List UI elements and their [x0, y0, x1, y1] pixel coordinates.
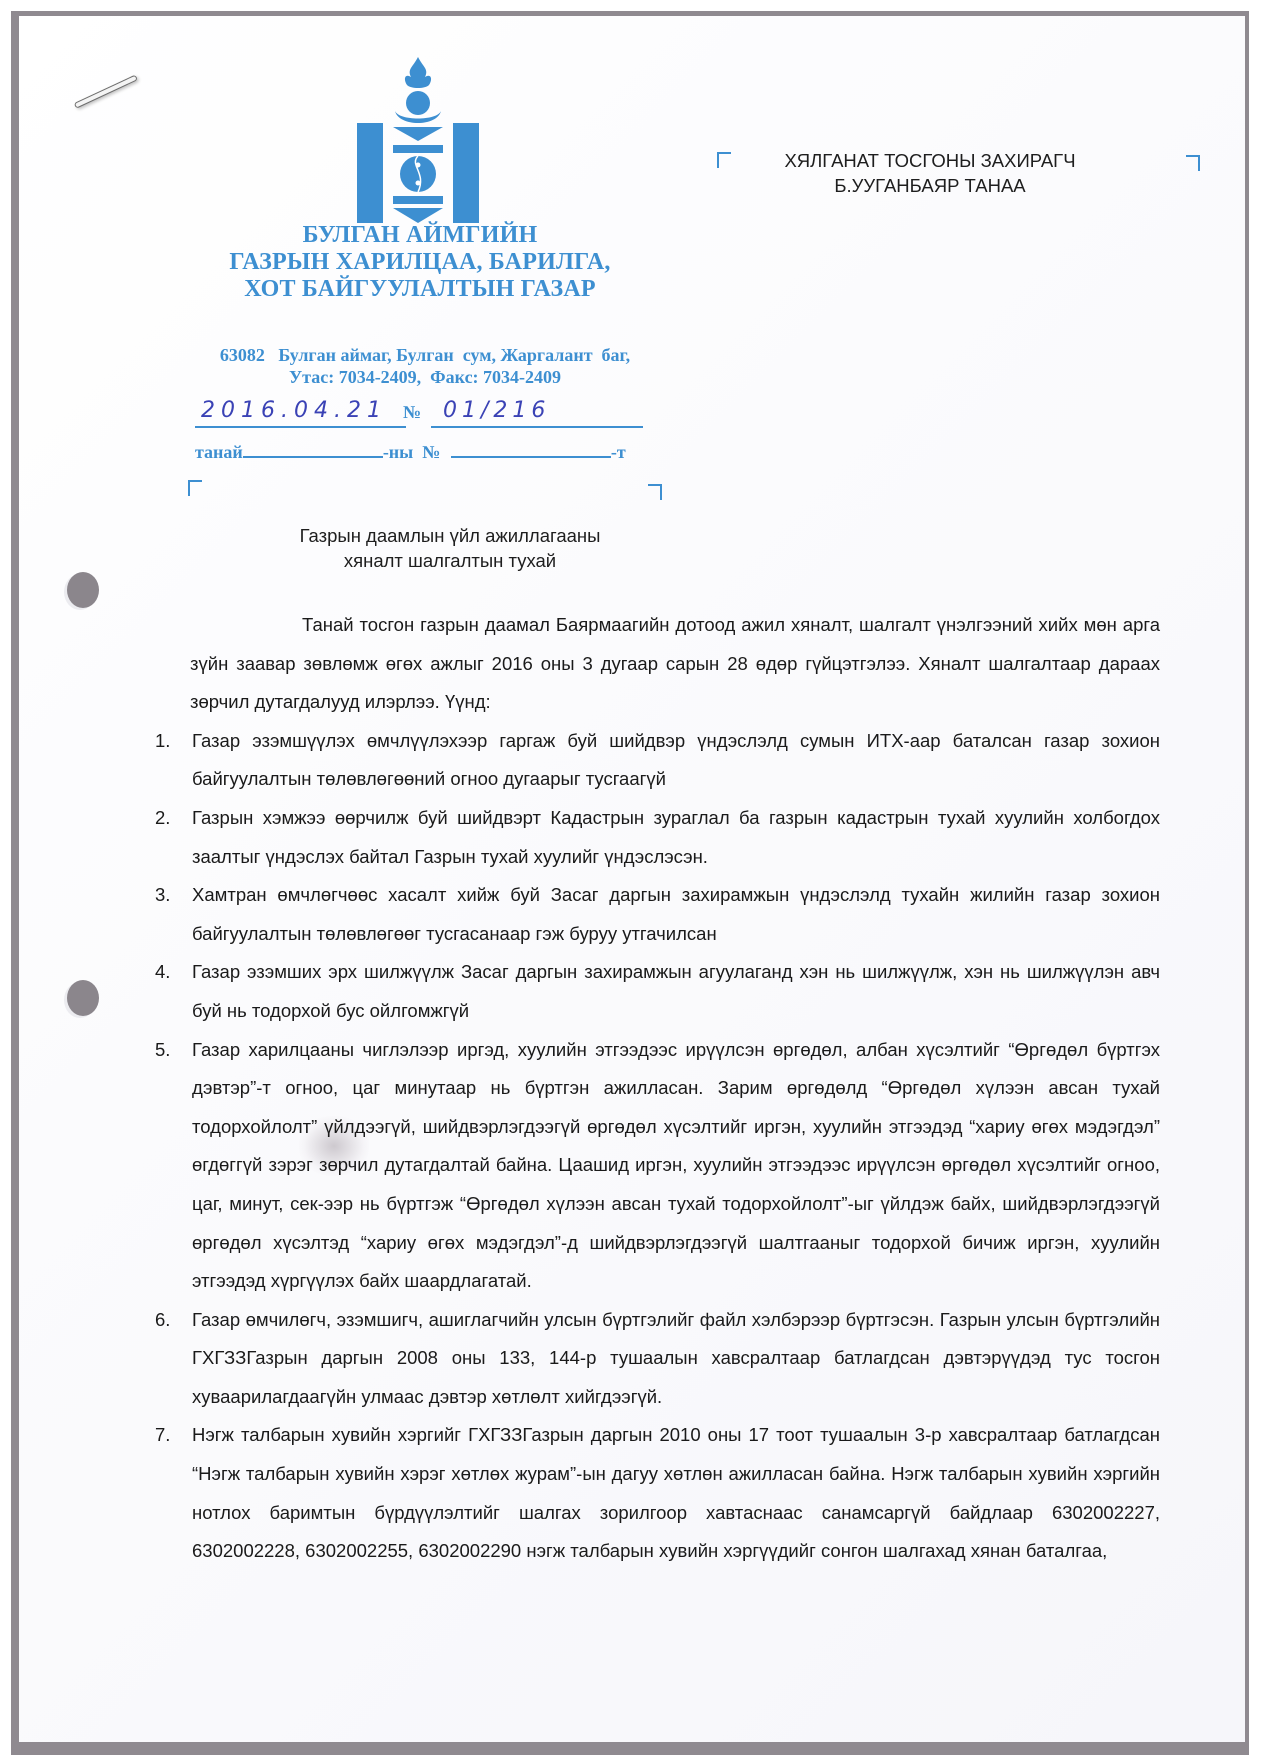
finding-text: Газрын хэмжээ өөрчилж буй шийдвэрт Кадас… — [192, 807, 1160, 867]
intro-paragraph: Танай тосгон газрын даамал Баярмаагийн д… — [155, 606, 1160, 722]
finding-number: 2. — [155, 799, 170, 838]
address-field-corner-icon — [648, 484, 662, 500]
address-field-corner-icon — [188, 480, 202, 496]
your-ref-date-blank — [243, 440, 383, 458]
punch-hole — [67, 572, 99, 608]
soyombo-emblem-icon — [353, 55, 483, 225]
finding-number: 1. — [155, 722, 170, 761]
finding-item: 6.Газар өмчилөгч, эзэмшигч, ашиглагчийн … — [155, 1301, 1160, 1417]
finding-text: Газар эзэмших эрх шилжүүлж Засаг даргын … — [192, 961, 1160, 1021]
letter-body: Танай тосгон газрын даамал Баярмаагийн д… — [155, 606, 1160, 1571]
finding-item: 2.Газрын хэмжээ өөрчилж буй шийдвэрт Кад… — [155, 799, 1160, 876]
addressee-name: Б.УУГАНБАЯР ТАНАА — [740, 173, 1120, 198]
addressee-corner-icon — [717, 152, 731, 168]
reference-date: 2016.04.21 — [195, 398, 406, 428]
subject-line: хяналт шалгалтын тухай — [230, 548, 670, 573]
finding-number: 4. — [155, 953, 170, 992]
finding-number: 6. — [155, 1301, 170, 1340]
staple-mark — [74, 75, 138, 109]
addressee-corner-icon — [1186, 155, 1200, 171]
organization-address: 63082 Булган аймаг, Булган сум, Жаргалан… — [170, 344, 680, 388]
organization-name: БУЛГАН АЙМГИЙН ГАЗРЫН ХАРИЛЦАА, БАРИЛГА,… — [180, 222, 660, 303]
finding-item: 3.Хамтран өмчлөгчөөс хасалт хийж буй Зас… — [155, 876, 1160, 953]
finding-text: Газар эзэмшүүлэх өмчлүүлэхээр гаргаж буй… — [192, 730, 1160, 790]
organization-line: ГАЗРЫН ХАРИЛЦАА, БАРИЛГА, — [180, 249, 660, 276]
reference-number: 01/216 — [431, 398, 643, 428]
finding-item: 7.Нэгж талбарын хувийн хэргийг ГХГЗЗГазр… — [155, 1416, 1160, 1570]
outgoing-reference: 2016.04.21 № 01/216 — [195, 398, 635, 430]
reference-number-label: № — [403, 402, 421, 423]
finding-text: Газар өмчилөгч, эзэмшигч, ашиглагчийн ул… — [192, 1309, 1160, 1407]
finding-item: 1.Газар эзэмшүүлэх өмчлүүлэхээр гаргаж б… — [155, 722, 1160, 799]
organization-line: БУЛГАН АЙМГИЙН — [180, 222, 660, 249]
addressee-title: ХЯЛГАНАТ ТОСГОНЫ ЗАХИРАГЧ — [740, 148, 1120, 173]
your-ref-middle: -ны № — [383, 442, 441, 462]
letter-subject: Газрын даамлын үйл ажиллагааны хяналт ша… — [230, 523, 670, 573]
finding-number: 3. — [155, 876, 170, 915]
finding-number: 5. — [155, 1031, 170, 1070]
finding-text: Нэгж талбарын хувийн хэргийг ГХГЗЗГазрын… — [192, 1424, 1160, 1561]
your-ref-suffix: -т — [611, 442, 626, 462]
finding-text: Газар харилцааны чиглэлээр иргэд, хуулий… — [192, 1039, 1160, 1292]
finding-number: 7. — [155, 1416, 170, 1455]
incoming-reference: танай-ны № -т — [195, 440, 655, 464]
findings-list: 1.Газар эзэмшүүлэх өмчлүүлэхээр гаргаж б… — [155, 722, 1160, 1571]
contact-line: Утас: 7034-2409, Факс: 7034-2409 — [170, 366, 680, 388]
finding-item: 5.Газар харилцааны чиглэлээр иргэд, хуул… — [155, 1031, 1160, 1301]
finding-item: 4.Газар эзэмших эрх шилжүүлж Засаг даргы… — [155, 953, 1160, 1030]
addressee: ХЯЛГАНАТ ТОСГОНЫ ЗАХИРАГЧ Б.УУГАНБАЯР ТА… — [740, 148, 1120, 198]
address-line: 63082 Булган аймаг, Булган сум, Жаргалан… — [170, 344, 680, 366]
your-ref-prefix: танай — [195, 442, 243, 462]
punch-hole — [67, 980, 99, 1016]
your-ref-number-blank — [451, 440, 611, 458]
organization-line: ХОТ БАЙГУУЛАЛТЫН ГАЗАР — [180, 276, 660, 303]
subject-line: Газрын даамлын үйл ажиллагааны — [230, 523, 670, 548]
finding-text: Хамтран өмчлөгчөөс хасалт хийж буй Засаг… — [192, 884, 1160, 944]
